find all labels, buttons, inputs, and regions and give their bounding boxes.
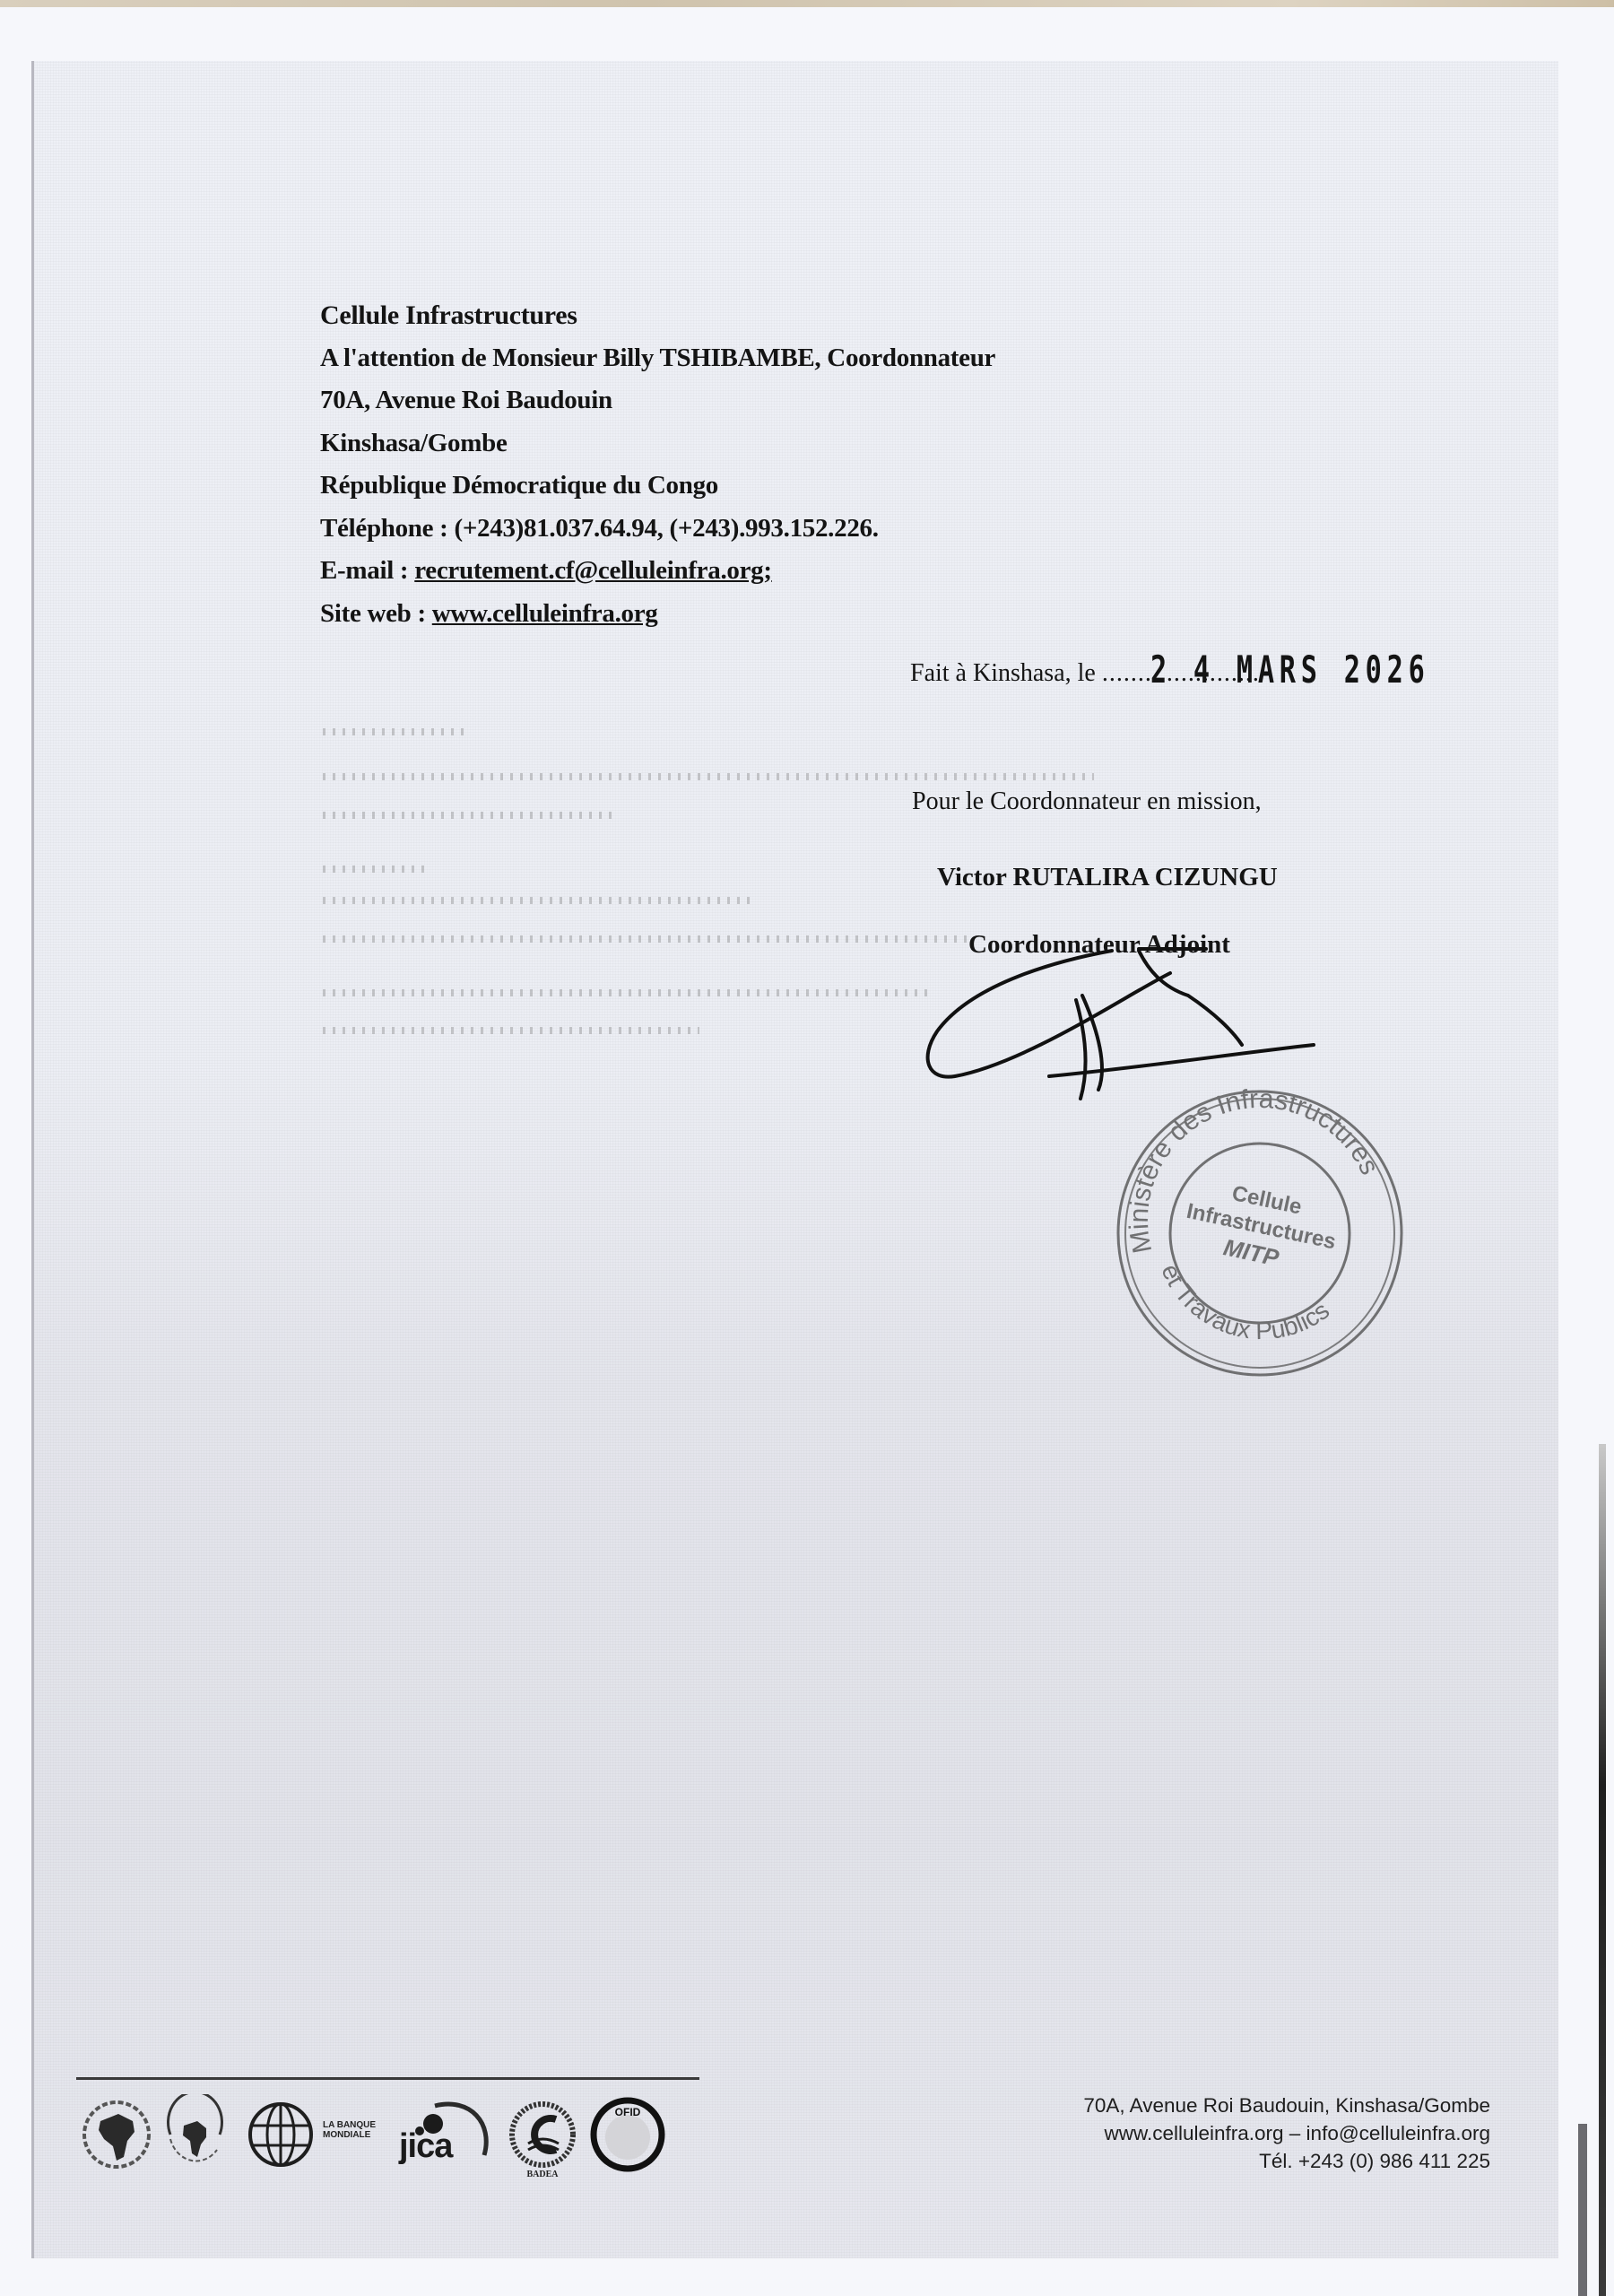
date-stamp: 2 4 MARS 2026 [1150, 648, 1430, 691]
world-bank-label: LA BANQUE MONDIALE [323, 2120, 376, 2140]
footer-address: 70A, Avenue Roi Baudouin, Kinshasa/Gombe [1083, 2092, 1490, 2119]
badea-logo: BADEA [507, 2094, 578, 2179]
afdb-logo-1 [81, 2094, 152, 2175]
stamp-outer-bottom: et Travaux Publics [1156, 1260, 1334, 1344]
email-link[interactable]: recrutement.cf@celluleinfra.org; [414, 556, 772, 585]
recipient-website-line: Site web : www.celluleinfra.org [320, 593, 995, 636]
recipient-email-line: E-mail : recrutement.cf@celluleinfra.org… [320, 550, 995, 593]
website-label: Site web : [320, 599, 432, 628]
scan-shadow-edge [1599, 1444, 1606, 2296]
official-stamp: Ministère des Infrastructures et Travaux… [1107, 1081, 1412, 1386]
scanner-right-margin [1614, 0, 1623, 2296]
handwritten-signature [919, 897, 1332, 1103]
footer-web-email: www.celluleinfra.org – info@celluleinfra… [1083, 2119, 1490, 2147]
scanner-top-edge [0, 0, 1614, 7]
on-behalf-line: Pour le Coordonnateur en mission, [912, 787, 1262, 816]
place-label: Fait à Kinshasa, le [910, 659, 1102, 687]
partner-logos: LA BANQUE MONDIALE jica BADEA OFID [81, 2090, 708, 2179]
recipient-address-block: Cellule Infrastructures A l'attention de… [320, 294, 995, 635]
world-bank-globe-icon [247, 2094, 318, 2175]
recipient-country: République Démocratique du Congo [320, 465, 995, 508]
recipient-attention: A l'attention de Monsieur Billy TSHIBAMB… [320, 337, 995, 380]
recipient-city: Kinshasa/Gombe [320, 422, 995, 465]
svg-text:BADEA: BADEA [526, 2170, 559, 2179]
afdb-logo-2 [161, 2094, 229, 2175]
signer-name: Victor RUTALIRA CIZUNGU [937, 863, 1278, 892]
recipient-street: 70A, Avenue Roi Baudouin [320, 379, 995, 422]
website-link[interactable]: www.celluleinfra.org [432, 599, 658, 628]
email-label: E-mail : [320, 556, 414, 585]
footer-phone: Tél. +243 (0) 986 411 225 [1083, 2147, 1490, 2175]
footer-contact-block: 70A, Avenue Roi Baudouin, Kinshasa/Gombe… [1083, 2092, 1490, 2175]
jica-logo: jica [399, 2127, 452, 2166]
footer-divider [76, 2077, 699, 2080]
page-right-edge [1578, 2124, 1587, 2296]
svg-text:OFID: OFID [615, 2106, 641, 2118]
recipient-org: Cellule Infrastructures [320, 294, 995, 337]
recipient-phone: Téléphone : (+243)81.037.64.94, (+243).9… [320, 508, 995, 551]
svg-text:et Travaux Publics: et Travaux Publics [1156, 1260, 1334, 1344]
ofid-logo: OFID [587, 2094, 668, 2175]
